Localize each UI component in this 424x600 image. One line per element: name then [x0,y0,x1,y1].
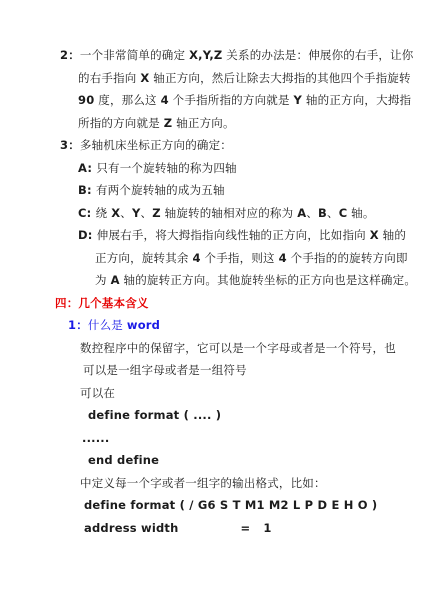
text-line: 可以是一组字母或者是一组符号 [0,359,424,382]
text-segment-bold: word [127,318,160,332]
text-segment: 轴的 [379,228,406,242]
text-line: define format ( / G6 S T M1 M2 L P D E H… [0,494,424,517]
text-segment-bold: D: [78,228,97,242]
text-segment: 可以在 [80,386,115,400]
text-line: end define [0,449,424,472]
text-segment-bold: X [370,228,379,242]
text-segment-bold: Z [152,206,161,220]
text-line: D: 伸展右手，将大拇指指向线性轴的正方向，比如指向 X 轴的 [0,224,424,247]
text-segment-bold: 4 [279,251,287,265]
text-segment: 什么是 [88,318,127,332]
text-segment-bold: B: [78,183,96,197]
text-line: B: 有两个旋转轴的成为五轴 [0,179,424,202]
text-line: 四：几个基本含义 [0,292,424,315]
text-segment: 个手指的的旋转方向即 [287,251,408,265]
text-segment: 多轴机床坐标正方向的确定： [80,138,232,152]
text-line: A: 只有一个旋转轴的称为四轴 [0,157,424,180]
text-segment: 一个非常简单的确定 [80,48,189,62]
text-segment: 个手指所指的方向就是 [169,93,294,107]
text-line: 中定义每一个字或者一组字的输出格式，比如： [0,472,424,495]
text-line: 所指的方向就是 Z 轴正方向。 [0,112,424,135]
text-line: 2：一个非常简单的确定 X,Y,Z 关系的办法是：伸展你的右手，让你 [0,44,424,67]
text-segment-bold: 90 [78,93,94,107]
text-segment-bold: = [240,521,250,535]
text-segment: 的右手指向 [78,71,140,85]
text-line: 可以在 [0,382,424,405]
text-segment-bold: Y [294,93,303,107]
text-segment-bold: Y [132,206,141,220]
text-segment: 度，那么这 [94,93,160,107]
text-segment: 为 [95,273,111,287]
text-segment: 轴正方向，然后让除去大拇指的其他四个手指旋转 [149,71,410,85]
text-segment-bold: ...... [82,431,109,445]
text-segment: 只有一个旋转轴的称为四轴 [96,161,236,175]
document-lines: 2：一个非常简单的确定 X,Y,Z 关系的办法是：伸展你的右手，让你的右手指向 … [0,44,424,539]
text-line: ...... [0,427,424,450]
text-segment: 、 [141,206,153,220]
text-line: 90 度，那么这 4 个手指所指的方向就是 Y 轴的正方向，大拇指 [0,89,424,112]
text-segment: 绕 [96,206,112,220]
text-line: address width=1 [0,517,424,540]
text-line: define format ( .... ) [0,404,424,427]
text-segment-bold: define format ( .... ) [88,408,221,422]
text-segment-bold: address width [84,521,178,535]
text-segment-bold: C: [78,206,96,220]
text-line: 正方向，旋转其余 4 个手指，则这 4 个手指的的旋转方向即 [0,247,424,270]
text-segment-bold: 1： [68,318,88,332]
text-segment: 正方向，旋转其余 [95,251,192,265]
text-line: 为 A 轴的旋转正方向。其他旋转坐标的正方向也是这样确定。 [0,269,424,292]
text-segment: 可以是一组字母或者是一组符号 [83,363,247,377]
text-segment-bold: 4 [192,251,200,265]
text-segment-bold: define format ( / G6 S T M1 M2 L P D E H… [84,498,377,512]
text-segment: 伸展右手，将大拇指指向线性轴的正方向，比如指向 [97,228,370,242]
text-segment-bold: 1 [263,521,271,535]
text-segment-bold: A [297,206,306,220]
text-line: 3：多轴机床坐标正方向的确定： [0,134,424,157]
text-line: 的右手指向 X 轴正方向，然后让除去大拇指的其他四个手指旋转 [0,67,424,90]
text-segment-bold: end define [88,453,159,467]
text-line: 数控程序中的保留字，它可以是一个字母或者是一个符号，也 [0,337,424,360]
text-segment: 中定义每一个字或者一组字的输出格式，比如： [80,476,326,490]
text-segment-bold: X,Y,Z [189,48,222,62]
text-segment-bold: B [318,206,327,220]
text-segment: 、 [306,206,318,220]
text-segment-bold: A [111,273,120,287]
text-segment-bold: 四：几个基本含义 [55,296,149,310]
text-segment-bold: X [111,206,120,220]
text-segment: 、 [120,206,132,220]
text-segment: 轴。 [347,206,374,220]
text-segment: 有两个旋转轴的成为五轴 [96,183,225,197]
document-page: 2：一个非常简单的确定 X,Y,Z 关系的办法是：伸展你的右手，让你的右手指向 … [0,0,424,600]
text-segment: 轴的正方向，大拇指 [302,93,411,107]
text-segment: 轴的旋转正方向。其他旋转坐标的正方向也是这样确定。 [120,273,416,287]
text-segment: 所指的方向就是 [78,116,164,130]
text-segment-bold: A: [78,161,96,175]
text-segment: 关系的办法是：伸展你的右手，让你 [222,48,413,62]
text-segment-bold: 3： [60,138,80,152]
text-segment: 个手指，则这 [201,251,279,265]
text-line: 1：什么是 word [0,314,424,337]
text-segment: 轴旋转的轴相对应的称为 [161,206,297,220]
text-line: C: 绕 X、Y、Z 轴旋转的轴相对应的称为 A、B、C 轴。 [0,202,424,225]
text-segment-bold: 4 [161,93,169,107]
text-segment: 轴正方向。 [172,116,234,130]
text-segment: 数控程序中的保留字，它可以是一个字母或者是一个符号，也 [80,341,396,355]
text-segment-bold: 2： [60,48,80,62]
text-segment: 、 [327,206,339,220]
